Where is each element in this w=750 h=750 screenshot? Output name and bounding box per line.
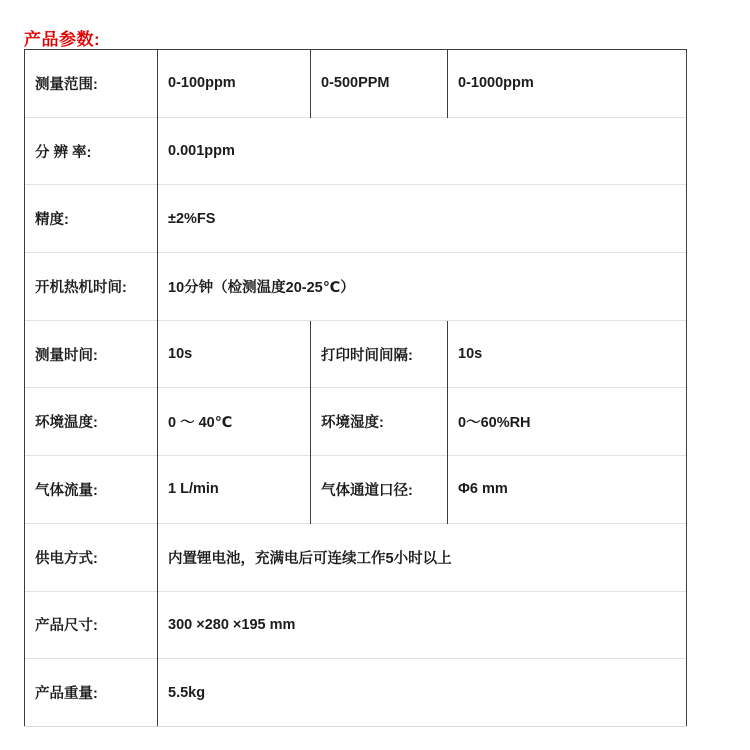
spec-label: 分 辨 率: (25, 117, 158, 185)
spec-value: 内置锂电池，充满电后可连续工作5小时以上 (158, 523, 687, 591)
spec-value: ±2%FS (158, 185, 687, 253)
spec-value: 10分钟（检测温度20-25℃） (158, 253, 687, 321)
spec-label: 打印时间间隔: (311, 320, 448, 388)
spec-table: 测量范围: 0-100ppm 0-500PPM 0-1000ppm 分 辨 率:… (24, 49, 687, 727)
page-title: 产品参数: (24, 25, 100, 50)
spec-value: 0.001ppm (158, 117, 687, 185)
table-row-warmup-time: 开机热机时间: 10分钟（检测温度20-25℃） (25, 253, 687, 321)
table-row-measure-time: 测量时间: 10s 打印时间间隔: 10s (25, 320, 687, 388)
spec-label: 开机热机时间: (25, 253, 158, 321)
spec-label: 环境湿度: (311, 388, 448, 456)
spec-value: 10s (448, 320, 687, 388)
spec-label: 供电方式: (25, 523, 158, 591)
spec-label: 气体流量: (25, 456, 158, 524)
spec-label: 精度: (25, 185, 158, 253)
spec-value: 0-500PPM (311, 50, 448, 118)
table-row-resolution: 分 辨 率: 0.001ppm (25, 117, 687, 185)
table-row-product-weight: 产品重量: 5.5kg (25, 659, 687, 727)
spec-value: 5.5kg (158, 659, 687, 727)
spec-label: 测量范围: (25, 50, 158, 118)
table-row-gas-flow: 气体流量: 1 L/min 气体通道口径: Φ6 mm (25, 456, 687, 524)
spec-label: 产品尺寸: (25, 591, 158, 659)
spec-label: 气体通道口径: (311, 456, 448, 524)
spec-label: 测量时间: (25, 320, 158, 388)
spec-label: 环境温度: (25, 388, 158, 456)
spec-value: 0-1000ppm (448, 50, 687, 118)
spec-value: 1 L/min (158, 456, 311, 524)
table-row-accuracy: 精度: ±2%FS (25, 185, 687, 253)
spec-value: 0-100ppm (158, 50, 311, 118)
spec-value: Φ6 mm (448, 456, 687, 524)
spec-label: 产品重量: (25, 659, 158, 727)
spec-value: 0～60%RH (448, 388, 687, 456)
table-row-measure-range: 测量范围: 0-100ppm 0-500PPM 0-1000ppm (25, 50, 687, 118)
spec-value: 10s (158, 320, 311, 388)
product-parameters-page: 产品参数: 测量范围: 0-100ppm 0-500PPM 0-1000ppm … (0, 0, 750, 750)
table-row-power-supply: 供电方式: 内置锂电池，充满电后可连续工作5小时以上 (25, 523, 687, 591)
spec-value: 300 ×280 ×195 mm (158, 591, 687, 659)
spec-value: 0 ～ 40℃ (158, 388, 311, 456)
table-row-product-size: 产品尺寸: 300 ×280 ×195 mm (25, 591, 687, 659)
table-row-ambient-temp: 环境温度: 0 ～ 40℃ 环境湿度: 0～60%RH (25, 388, 687, 456)
